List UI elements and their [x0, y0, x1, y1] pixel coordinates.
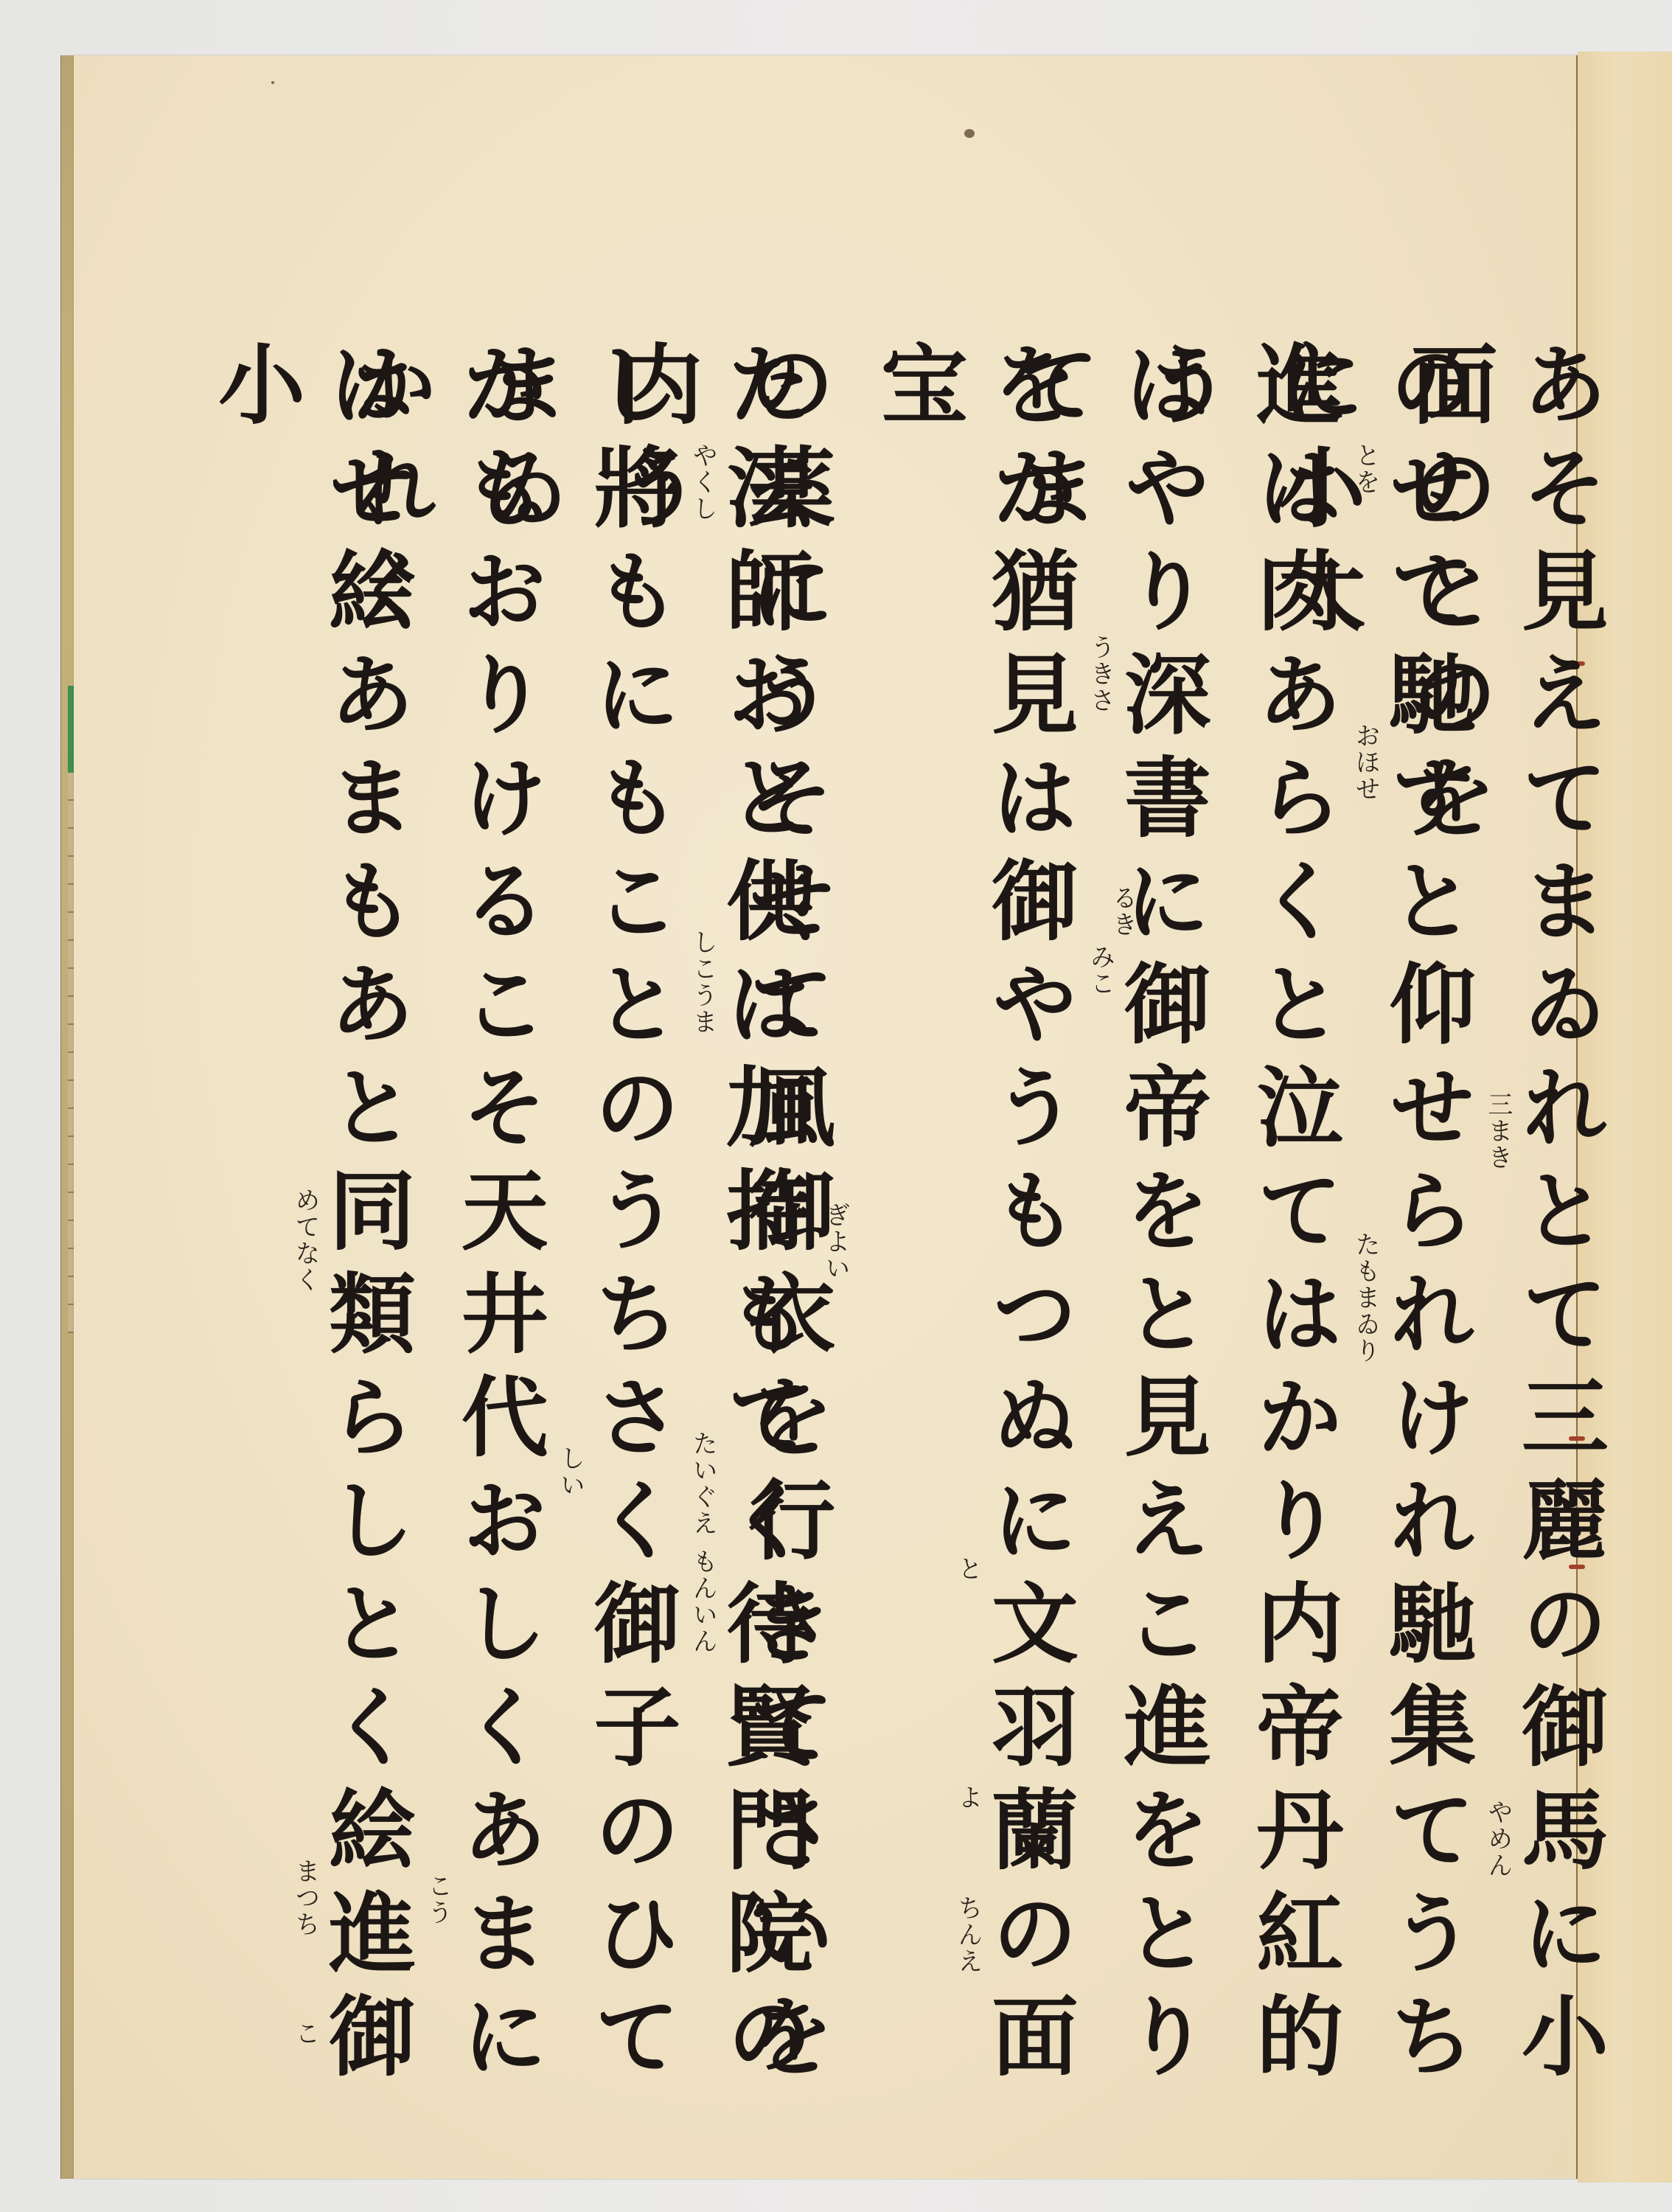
furigana: こう: [420, 1873, 456, 1926]
text-column-10: はせ絵あまもあと同類らしとく絵進御小 めてなく まつち こ: [199, 339, 310, 2124]
furigana: おほせ: [1348, 723, 1384, 802]
furigana: しこうま: [685, 929, 721, 1035]
furigana: たもまゐり: [1348, 1231, 1384, 1364]
ink-spot: [964, 129, 975, 138]
furigana: 三まき: [1480, 1091, 1516, 1171]
furigana: と: [950, 1556, 986, 1582]
ink-spot: [271, 81, 274, 84]
furigana: しい: [553, 1445, 589, 1498]
furigana: めてなく: [288, 1187, 324, 1293]
column-text: をか猶見は御やうもつぬに文羽蘭の面宝: [862, 339, 1083, 2124]
text-columns: あそ見えてまゐれとて三麗の御馬に小面のとのを 三まき やめん のせて馳すと仰せら…: [199, 339, 1502, 2124]
furigana: まつち: [288, 1858, 324, 1938]
furigana: ぎよい: [818, 1202, 854, 1281]
furigana: みこ: [1083, 944, 1119, 997]
furigana: ちんえ: [950, 1895, 986, 1975]
furigana: やくし: [685, 442, 721, 522]
furigana: よ: [950, 1784, 986, 1811]
furigana: るき: [1105, 885, 1141, 938]
furigana: とを: [1348, 442, 1384, 495]
furigana: こ: [288, 2020, 324, 2047]
furigana: たいぐえ: [685, 1430, 721, 1537]
furigana: やめん: [1480, 1799, 1516, 1879]
furigana: もんいん: [685, 1548, 721, 1655]
furigana: うきさ: [1083, 634, 1119, 714]
text-column-5: をか猶見は御やうもつぬに文羽蘭の面宝 と よ ちんえ: [862, 339, 972, 2124]
